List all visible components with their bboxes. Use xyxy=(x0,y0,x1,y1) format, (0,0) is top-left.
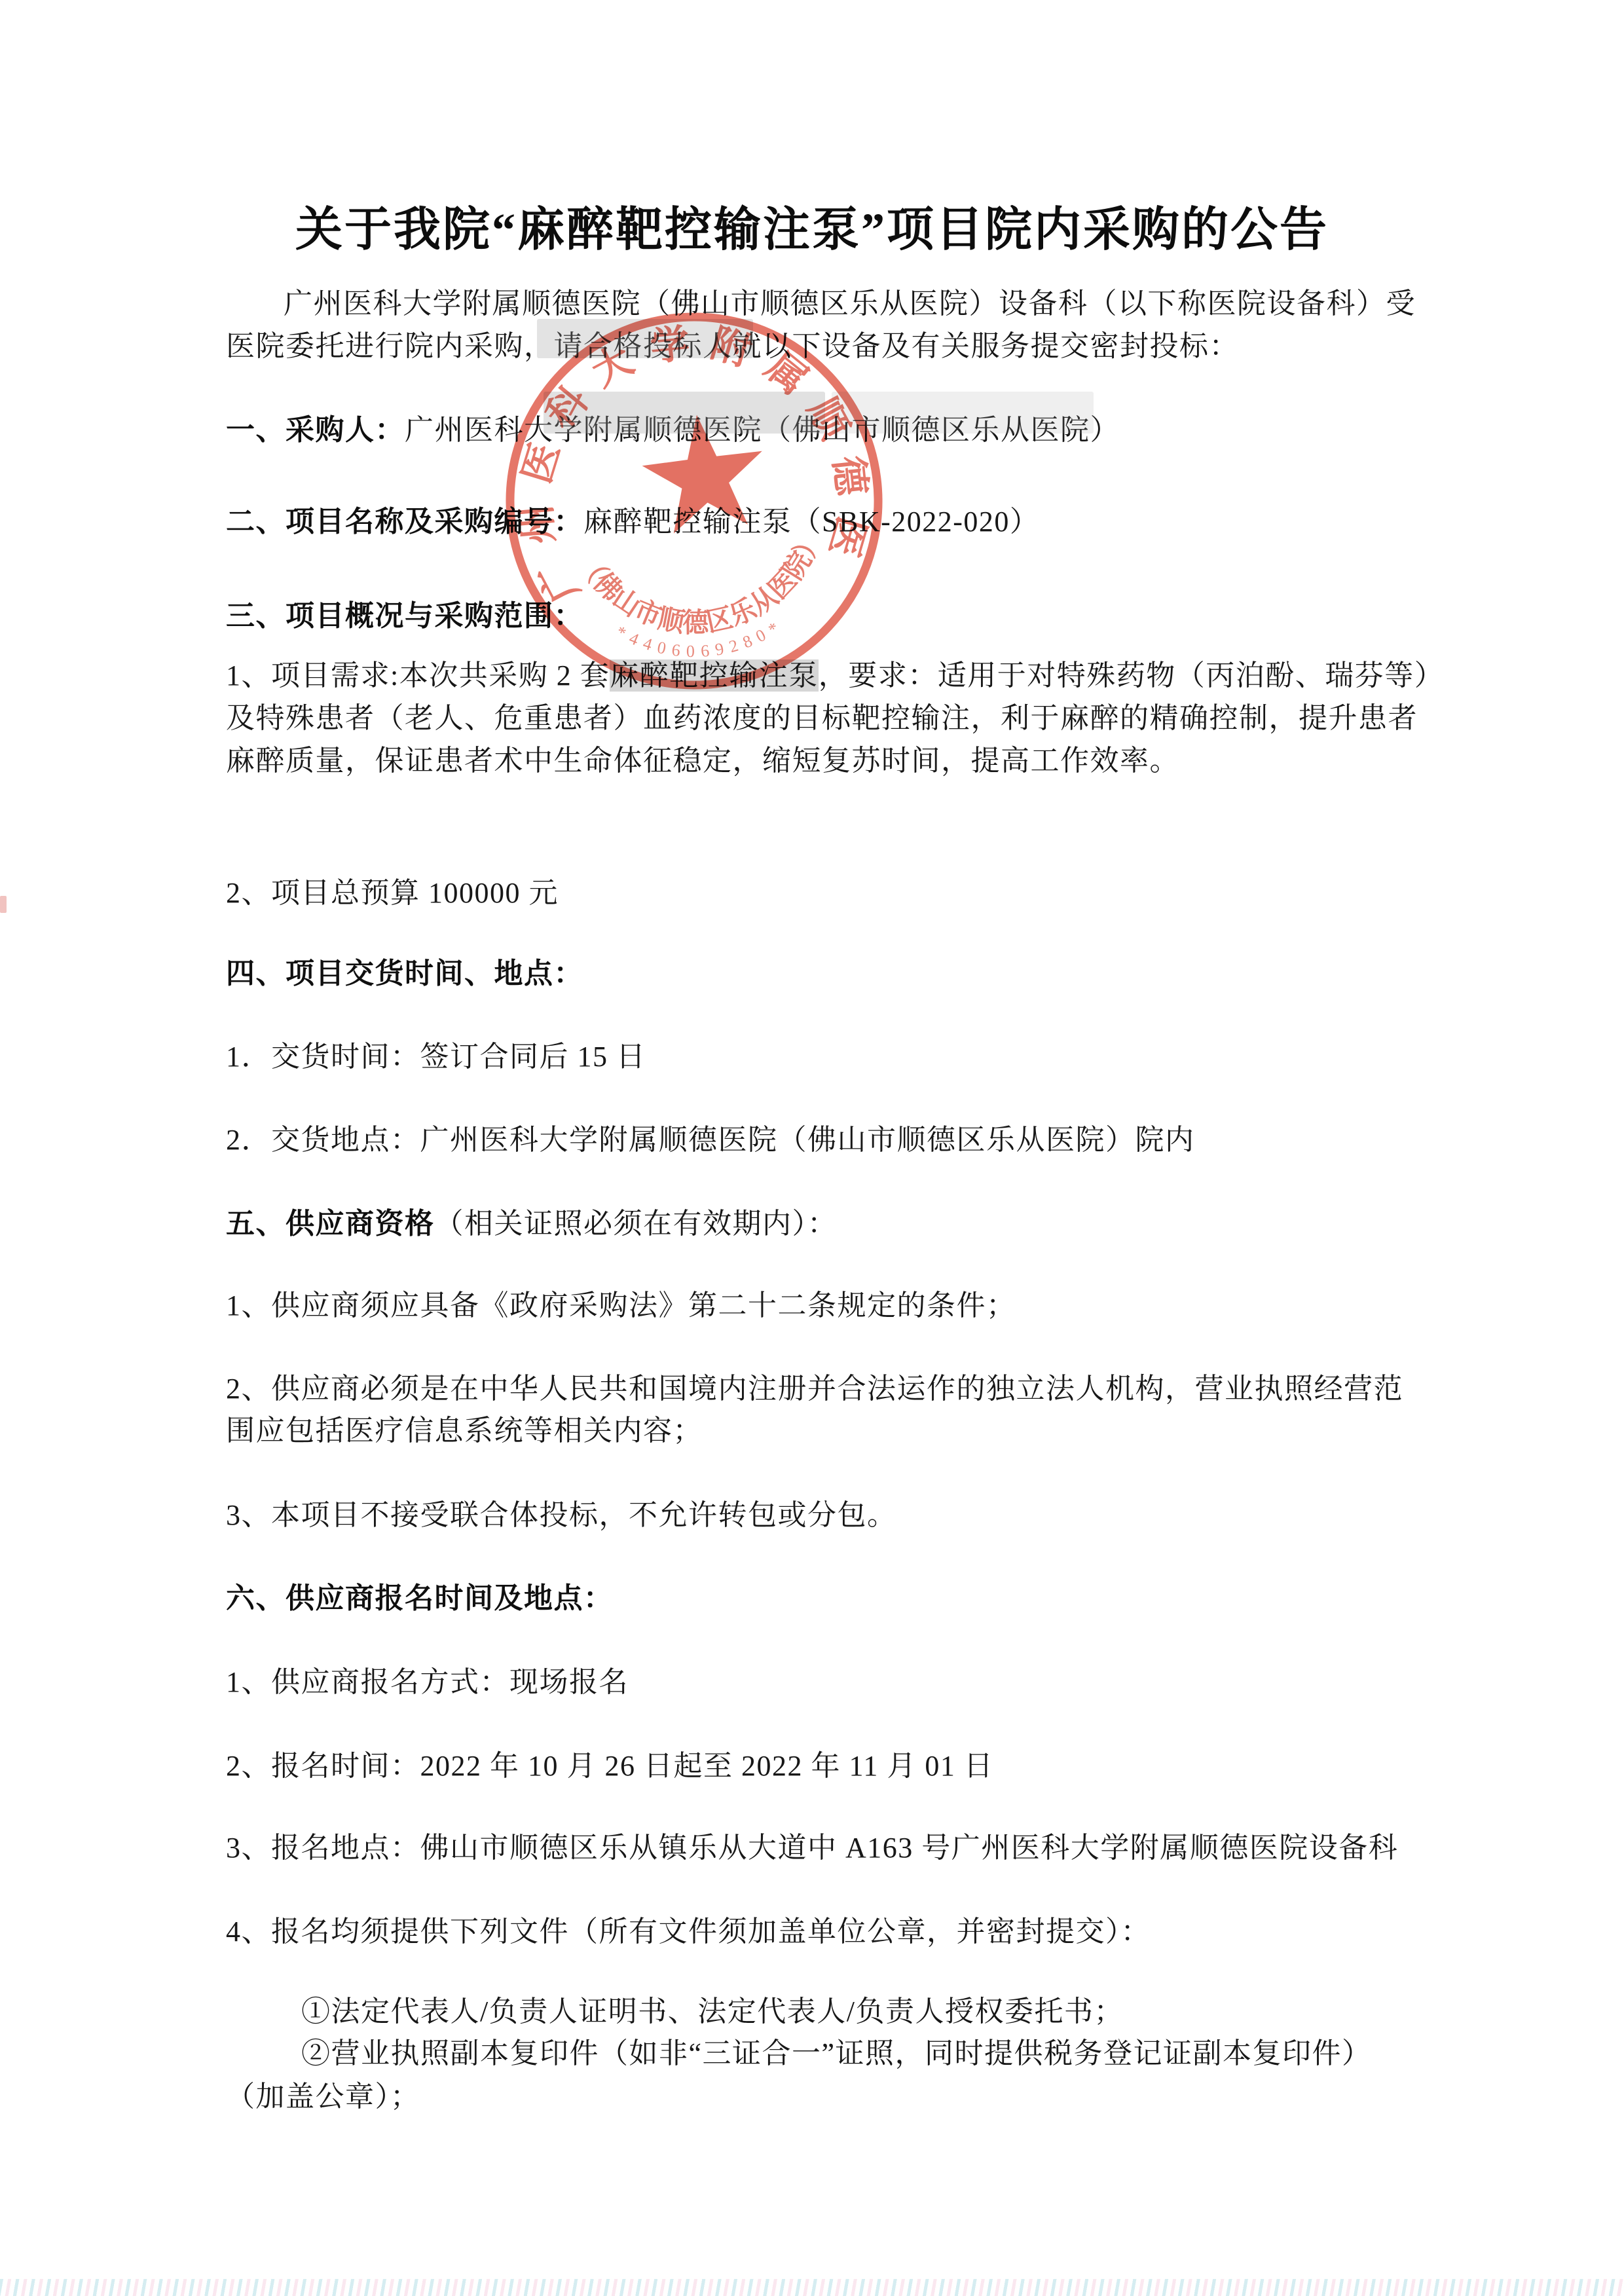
document-line: ①法定代表人/负责人证明书、法定代表人/负责人授权委托书； xyxy=(301,1993,1124,2031)
document-line: 麻醉质量，保证患者术中生命体征稳定，缩短复苏时间，提高工作效率。 xyxy=(226,742,1179,780)
document-line: 2、项目总预算 100000 元 xyxy=(226,874,559,912)
text-segment: 1、供应商报名方式：现场报名 xyxy=(226,1666,629,1698)
text-segment: 围应包括医疗信息系统等相关内容； xyxy=(226,1415,703,1447)
text-segment: ，要求：适用于对特殊药物（丙泊酚、瑞芬等） xyxy=(819,659,1445,692)
document-line: 围应包括医疗信息系统等相关内容； xyxy=(226,1412,703,1450)
document-line: 2、报名时间：2022 年 10 月 26 日起至 2022 年 11 月 01… xyxy=(226,1747,993,1785)
text-segment: 2、项目总预算 100000 元 xyxy=(226,877,559,909)
document-line: 3、本项目不接受联合体投标，不允许转包或分包。 xyxy=(226,1496,897,1534)
official-red-seal: 广州医科大学附属顺德医院 （佛山市顺德区乐从医院） *4406069280* xyxy=(475,282,913,720)
seal-star-icon xyxy=(637,407,771,536)
text-segment: 1、供应商须应具备《政府采购法》第二十二条规定的条件； xyxy=(226,1289,1016,1322)
text-segment: 四、项目交货时间、地点： xyxy=(226,957,583,990)
document-line: 五、供应商资格（相关证照必须在有效期内）： xyxy=(226,1205,838,1243)
text-segment: 2、供应商必须是在中华人民共和国境内注册并合法运作的独立法人机构，营业执照经营范 xyxy=(226,1373,1403,1405)
document-line: 1、供应商报名方式：现场报名 xyxy=(226,1663,629,1701)
document-line: 4、报名均须提供下列文件（所有文件须加盖单位公章，并密封提交）： xyxy=(226,1913,1151,1951)
page-edge-mark xyxy=(0,896,7,913)
text-segment: （加盖公章）； xyxy=(226,2081,420,2113)
document-line: 四、项目交货时间、地点： xyxy=(226,955,583,993)
text-segment: 2、报名时间：2022 年 10 月 26 日起至 2022 年 11 月 01… xyxy=(226,1750,993,1782)
scanned-document-page: 关于我院“麻醉靶控输注泵”项目院内采购的公告 广州医科大学附属顺德医院（佛山市顺… xyxy=(0,0,1624,2296)
document-line: 2．交货地点：广州医科大学附属顺德医院（佛山市顺德区乐从医院）院内 xyxy=(226,1121,1195,1159)
document-line: （加盖公章）； xyxy=(226,2078,420,2116)
text-segment: ①法定代表人/负责人证明书、法定代表人/负责人授权委托书； xyxy=(301,1995,1124,2028)
text-segment: ②营业执照副本复印件（如非“三证合一”证照，同时提供税务登记证副本复印件） xyxy=(301,2037,1372,2069)
text-segment: 六、供应商报名时间及地点： xyxy=(226,1582,614,1614)
text-segment: 及特殊患者（老人、危重患者）血药浓度的目标靶控输注，利于麻醉的精确控制，提升患者 xyxy=(226,702,1418,734)
document-line: 六、供应商报名时间及地点： xyxy=(226,1580,614,1618)
text-segment: 一、采购人： xyxy=(226,414,405,446)
text-segment: 麻醉质量，保证患者术中生命体征稳定，缩短复苏时间，提高工作效率。 xyxy=(226,745,1179,777)
document-line: 1．交货时间：签订合同后 15 日 xyxy=(226,1038,646,1076)
text-segment: （相关证照必须在有效期内）： xyxy=(435,1208,838,1240)
document-line: 及特殊患者（老人、危重患者）血药浓度的目标靶控输注，利于麻醉的精确控制，提升患者 xyxy=(226,699,1418,737)
text-segment: 五、供应商资格 xyxy=(226,1208,435,1240)
document-line: 2、供应商必须是在中华人民共和国境内注册并合法运作的独立法人机构，营业执照经营范 xyxy=(226,1370,1403,1408)
document-line: ②营业执照副本复印件（如非“三证合一”证照，同时提供税务登记证副本复印件） xyxy=(301,2035,1372,2073)
svg-text:（佛山市顺德区乐从医院）: （佛山市顺德区乐从医院） xyxy=(570,521,838,654)
seal-organization-name: 广州医科大学附属顺德医院 xyxy=(475,282,884,624)
seal-sub-name: （佛山市顺德区乐从医院） xyxy=(570,521,838,654)
document-line: 1、供应商须应具备《政府采购法》第二十二条规定的条件； xyxy=(226,1287,1016,1325)
text-segment: 1．交货时间：签订合同后 15 日 xyxy=(226,1041,646,1073)
svg-text:广州医科大学附属顺德医院: 广州医科大学附属顺德医院 xyxy=(475,282,884,624)
footer-texture-band xyxy=(0,2279,1624,2296)
text-segment: 4、报名均须提供下列文件（所有文件须加盖单位公章，并密封提交）： xyxy=(226,1916,1151,1948)
text-segment: 2．交货地点：广州医科大学附属顺德医院（佛山市顺德区乐从医院）院内 xyxy=(226,1124,1195,1156)
text-segment: 3、报名地点：佛山市顺德区乐从镇乐从大道中 A163 号广州医科大学附属顺德医院… xyxy=(226,1832,1398,1864)
text-segment: 3、本项目不接受联合体投标，不允许转包或分包。 xyxy=(226,1499,897,1531)
document-line: 3、报名地点：佛山市顺德区乐从镇乐从大道中 A163 号广州医科大学附属顺德医院… xyxy=(226,1829,1398,1867)
